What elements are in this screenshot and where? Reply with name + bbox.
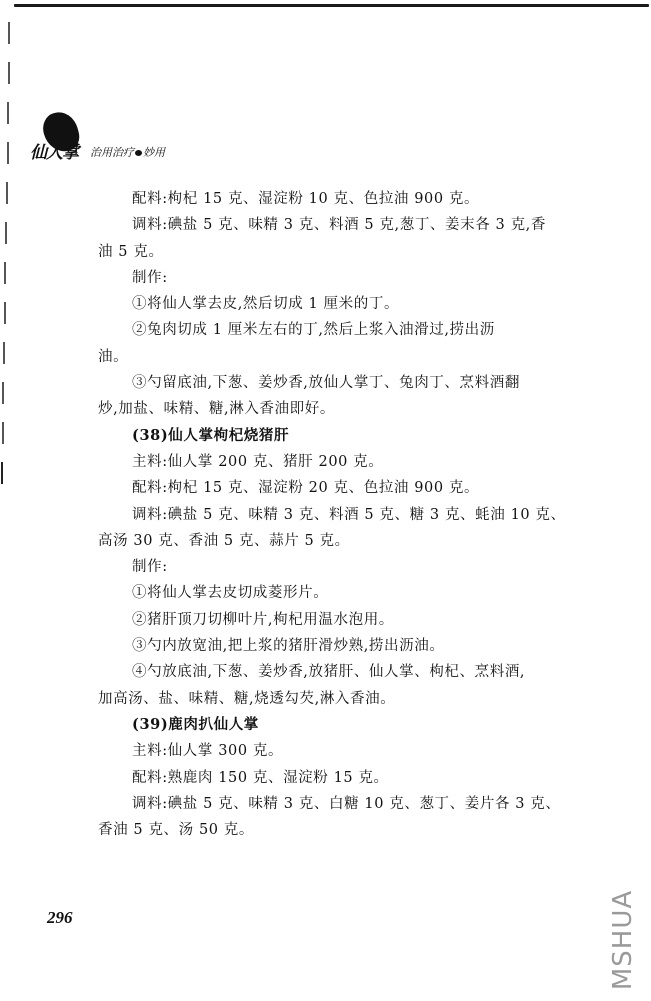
logo-dot-icon	[135, 150, 142, 156]
binding-mark	[1, 462, 3, 484]
text-line: 炒,加盐、味精、糖,淋入香油即好。	[98, 396, 592, 422]
text-line: 配料:枸杞 15 克、湿淀粉 10 克、色拉油 900 克。	[98, 186, 592, 212]
text-line: 主料:仙人掌 200 克、猪肝 200 克。	[98, 449, 592, 475]
recipe-heading: (39)鹿肉扒仙人掌	[98, 712, 592, 738]
text-line: 制作:	[98, 554, 592, 580]
text-line: 调料:碘盐 5 克、味精 3 克、料酒 5 克、糖 3 克、蚝油 10 克、	[98, 502, 592, 528]
binding-mark	[4, 302, 6, 324]
logo-subtitle-post: 妙用	[143, 146, 165, 159]
text-line: ①将仙人掌去皮切成菱形片。	[98, 580, 592, 606]
text-line: ④勺放底油,下葱、姜炒香,放猪肝、仙人掌、枸杞、烹料酒,	[98, 659, 592, 685]
watermark: MSHUA	[603, 882, 643, 998]
text-line: ②兔肉切成 1 厘米左右的丁,然后上浆入油滑过,捞出沥	[98, 317, 592, 343]
recipe-heading: (38)仙人掌枸杞烧猪肝	[98, 423, 592, 449]
text-line: 香油 5 克、汤 50 克。	[98, 817, 592, 843]
text-line: 油。	[98, 344, 592, 370]
top-rule	[14, 4, 649, 7]
watermark-text: MSHUA	[608, 890, 638, 990]
logo-subtitle: 治用治疗妙用	[90, 144, 165, 160]
binding-mark	[7, 102, 9, 124]
text-line: ①将仙人掌去皮,然后切成 1 厘米的丁。	[98, 291, 592, 317]
text-line: ②猪肝顶刀切柳叶片,枸杞用温水泡用。	[98, 607, 592, 633]
text-line: 高汤 30 克、香油 5 克、蒜片 5 克。	[98, 528, 592, 554]
page-number: 296	[47, 908, 73, 928]
text-line: 调料:碘盐 5 克、味精 3 克、料酒 5 克,葱丁、姜末各 3 克,香	[98, 212, 592, 238]
logo-title: 仙人掌	[30, 138, 78, 163]
text-line: 配料:熟鹿肉 150 克、湿淀粉 15 克。	[98, 765, 592, 791]
binding-mark	[7, 142, 9, 164]
logo-subtitle-pre: 治用治疗	[90, 146, 134, 159]
binding-mark	[5, 222, 7, 244]
binding-mark	[8, 62, 10, 84]
binding-mark	[8, 22, 10, 44]
text-line: 制作:	[98, 265, 592, 291]
text-line: 油 5 克。	[98, 239, 592, 265]
text-line: 配料:枸杞 15 克、湿淀粉 20 克、色拉油 900 克。	[98, 475, 592, 501]
text-line: ③勺留底油,下葱、姜炒香,放仙人掌丁、兔肉丁、烹料酒翻	[98, 370, 592, 396]
binding-mark	[2, 422, 4, 444]
text-line: 加高汤、盐、味精、糖,烧透勾芡,淋入香油。	[98, 686, 592, 712]
text-line: 调料:碘盐 5 克、味精 3 克、白糖 10 克、葱丁、姜片各 3 克、	[98, 791, 592, 817]
binding-mark	[3, 342, 5, 364]
running-header-logo: 仙人掌 治用治疗妙用	[30, 112, 200, 164]
text-line: 主料:仙人掌 300 克。	[98, 738, 592, 764]
page-body: 配料:枸杞 15 克、湿淀粉 10 克、色拉油 900 克。调料:碘盐 5 克、…	[98, 186, 592, 843]
text-line: ③勺内放宽油,把上浆的猪肝滑炒熟,捞出沥油。	[98, 633, 592, 659]
binding-mark	[4, 262, 6, 284]
binding-mark	[6, 182, 8, 204]
binding-mark	[2, 382, 4, 404]
